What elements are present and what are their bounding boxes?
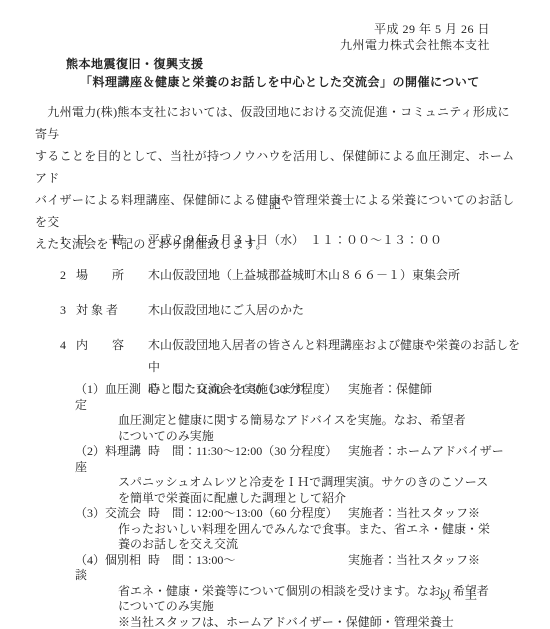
item-number: 3 xyxy=(60,299,76,321)
item-text: 木山仮設団地（上益城郡益城町木山８６６－１）東集会所 xyxy=(148,264,530,286)
schedule-item-time: 時 間：13:00～ xyxy=(148,553,348,569)
schedule-item-heading: （2）料理講座 時 間：11:30～12:00（30 分程度） 実施者：ホームア… xyxy=(75,444,530,475)
item-label: 内 容 xyxy=(76,334,148,356)
schedule-item-detail: スパニッシュオムレツと冷麦をＩＨで調理実演。サケのきのこソース を簡単で栄養面に… xyxy=(118,475,530,506)
item-place: 2 場 所 木山仮設団地（上益城郡益城町木山８６６－１）東集会所 xyxy=(60,264,530,286)
schedule-item-detail: 血圧測定と健康に関する簡易なアドバイスを実施。なお、希望者 についてのみ実施 xyxy=(118,413,530,444)
item-number: 1 xyxy=(60,229,76,251)
schedule-item-staff: 実施者：当社スタッフ※ xyxy=(348,553,530,569)
item-label: 場 所 xyxy=(76,264,148,286)
item-target: 3 対 象 者 木山仮設団地にご入居のかた xyxy=(60,299,530,321)
schedule-item-cooking-class: （2）料理講座 時 間：11:30～12:00（30 分程度） 実施者：ホームア… xyxy=(75,444,530,506)
schedule-item-label: （2）料理講座 xyxy=(75,444,148,475)
title-line-1: 熊本地震復旧・復興支援 xyxy=(66,55,480,73)
item-number: 4 xyxy=(60,334,76,356)
item-text: 平成２９年５月３１日（水） １１：００～１３：００ xyxy=(148,229,530,251)
document-header: 平成 29 年 5 月 26 日 九州電力株式会社熊本支社 xyxy=(340,21,490,53)
schedule-item-detail: 作ったおいしい料理を囲んでみんなで食事。また、省エネ・健康・栄 養のお話しを交え… xyxy=(118,522,530,553)
item-date-time: 1 日 時 平成２９年５月３１日（水） １１：００～１３：００ xyxy=(60,229,530,251)
schedule-item-time: 時 間：12:00～13:00（60 分程度） xyxy=(148,506,348,522)
schedule-item-heading: （3）交流会 時 間：12:00～13:00（60 分程度） 実施者：当社スタッ… xyxy=(75,506,530,522)
document-date: 平成 29 年 5 月 26 日 xyxy=(340,21,490,37)
schedule-item-blood-pressure: （1）血圧測定 時 間：11:00～11:30（30 分程度） 実施者：保健師 … xyxy=(75,382,530,444)
item-label: 対 象 者 xyxy=(76,299,148,321)
schedule-item-exchange-meeting: （3）交流会 時 間：12:00～13:00（60 分程度） 実施者：当社スタッ… xyxy=(75,506,530,553)
schedule-item-staff: 実施者：当社スタッフ※ xyxy=(348,506,530,522)
schedule-item-staff: 実施者：ホームアドバイザー xyxy=(348,444,530,460)
schedule-item-heading: （4）個別相談 時 間：13:00～ 実施者：当社スタッフ※ xyxy=(75,553,530,584)
schedule-item-label: （4）個別相談 xyxy=(75,553,148,584)
company-name: 九州電力株式会社熊本支社 xyxy=(340,37,490,53)
schedule-item-label: （3）交流会 xyxy=(75,506,148,522)
schedule-item-staff: 実施者：保健師 xyxy=(348,382,530,398)
closing-mark: 以 上 xyxy=(439,586,478,603)
item-text: 木山仮設団地にご入居のかた xyxy=(148,299,530,321)
document-title: 熊本地震復旧・復興支援 「料理講座＆健康と栄養のお話しを中心とした交流会」の開催… xyxy=(66,55,480,91)
schedule-item-time: 時 間：11:30～12:00（30 分程度） xyxy=(148,444,348,460)
record-marker: 記 xyxy=(0,195,550,212)
schedule-item-time: 時 間：11:00～11:30（30 分程度） xyxy=(148,382,348,398)
schedule-item-heading: （1）血圧測定 時 間：11:00～11:30（30 分程度） 実施者：保健師 xyxy=(75,382,530,413)
item-label: 日 時 xyxy=(76,229,148,251)
title-line-2: 「料理講座＆健康と栄養のお話しを中心とした交流会」の開催について xyxy=(80,73,480,91)
item-number: 2 xyxy=(60,264,76,286)
schedule-item-label: （1）血圧測定 xyxy=(75,382,148,413)
document-page: 平成 29 年 5 月 26 日 九州電力株式会社熊本支社 熊本地震復旧・復興支… xyxy=(0,0,550,629)
